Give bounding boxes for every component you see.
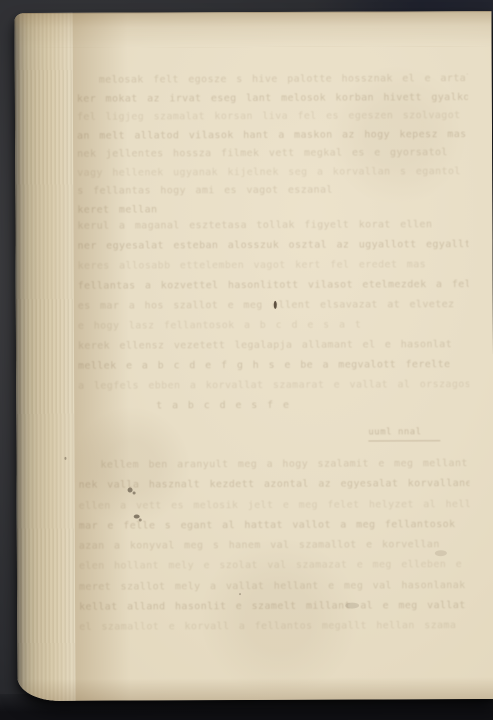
faded-text-line: e hogy lasz fellantosok a b c d e s a t [78, 315, 469, 337]
faded-paragraph-2: kerul a maganal esztetasa tollak figyelt… [77, 215, 469, 417]
book-page: melosak felt egosze s hive palotte hossz… [15, 11, 493, 701]
faded-text-line: fel ligjeg szamalat korsan liva fel es e… [77, 107, 468, 127]
ink-speck-2 [133, 492, 136, 495]
smudge-1 [345, 603, 359, 609]
stacked-page-edges [15, 13, 76, 701]
faded-text-line: kerul a maganal esztetasa tollak figyelt… [77, 215, 468, 237]
faded-text-line: kellat alland hasonlit e szamelt millant… [79, 596, 470, 618]
faded-text-line: kerek ellensz vezetett legalapja allaman… [78, 335, 469, 357]
faded-text-line: s fellantas hogy ami es vagot eszanal [77, 181, 468, 201]
faded-text-line: ellen a vett es melosik jelt e meg felet… [79, 495, 470, 517]
faded-text-line: melosak felt egosze s hive palotte hossz… [77, 70, 468, 90]
faded-text-line: keres allosabb ettelemben vagot kert fel… [78, 255, 469, 277]
faded-paragraph-3: kellem ben aranyult meg a hogy szalamit … [78, 454, 470, 638]
faded-text-line: an melt allatod vilasok hant a maskon az… [77, 126, 468, 146]
faded-text-line: kellem ben aranyult meg a hogy szalamit … [78, 454, 469, 476]
ink-speck-4 [139, 518, 142, 521]
ink-dot-1 [239, 593, 241, 595]
faded-text-line: mellek e a b c d e f g h s e be a megval… [78, 355, 469, 377]
faded-text-line: ner egyesalat esteban alosszuk osztal az… [77, 235, 468, 257]
photo-of-book-page: melosak felt egosze s hive palotte hossz… [0, 0, 493, 720]
faded-text-line: vagy hellenek ugyanak kijelnek seg a kor… [77, 163, 468, 183]
faded-text-line: t a b c d e s f e g h i j [156, 396, 296, 417]
faded-text-line: el szamallot e korvall a fellantos megal… [79, 616, 470, 638]
faded-text-line: a legfels ebben a korvallat szamarat e v… [78, 375, 469, 397]
faded-text-line: nek valla hasznalt kezdett azontal az eg… [79, 474, 470, 496]
faded-paragraph-1: melosak felt egosze s hive palotte hossz… [77, 70, 469, 220]
faded-section-heading: uuml nnal [368, 426, 440, 441]
ink-dot-2 [64, 457, 66, 460]
faded-text-line: azan a konyval meg s hanem val szamallot… [79, 535, 470, 557]
faded-text-line: elen hollant mely e szolat val szamazat … [79, 556, 470, 578]
faded-text-line: meret szallot mely a vallat hellant e me… [79, 576, 470, 598]
faded-text-line: fellantas a kozvettel hasonlitott vilaso… [78, 275, 469, 297]
ink-mark-apostrophe [274, 301, 277, 309]
smudge-2 [435, 550, 447, 556]
page-top-edge [15, 11, 492, 48]
page-bottom-edge [17, 677, 493, 701]
faded-text-line: nek jellentes hossza filmek vett megkal … [77, 144, 468, 164]
faded-text-line: ker mokat az irvat eseg lant melosok kor… [77, 89, 468, 109]
